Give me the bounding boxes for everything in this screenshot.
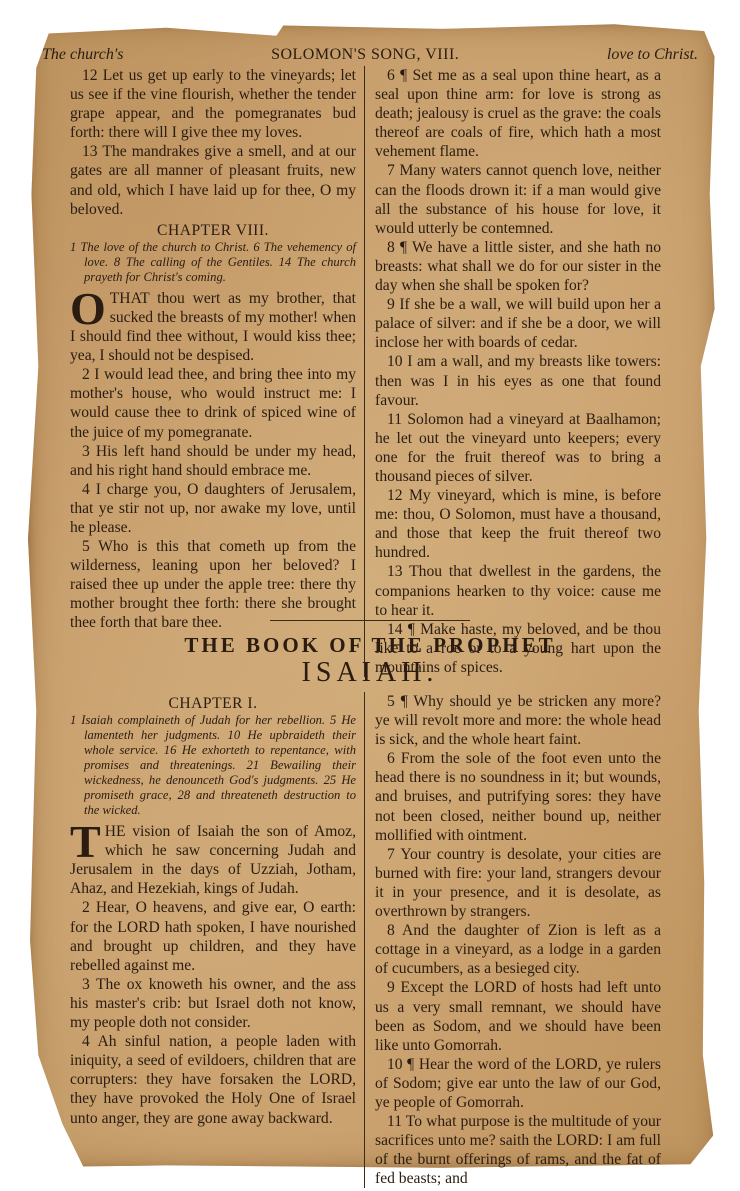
song-of-solomon-section: 12 Let us get up early to the vineyards;…	[70, 66, 668, 677]
verse: 10 ¶ Hear the word of the LORD, ye ruler…	[375, 1055, 661, 1112]
verse-text: THAT thou wert as my brother, that sucke…	[70, 290, 356, 364]
verse: 5 Who is this that cometh up from the wi…	[70, 537, 356, 632]
verse: 7 Many waters cannot quench love, neithe…	[375, 161, 661, 237]
chapter-heading: CHAPTER I.	[70, 694, 356, 713]
verse: 13 Thou that dwellest in the gardens, th…	[375, 562, 661, 619]
verse: 5 ¶ Why should ye be stricken any more? …	[375, 692, 661, 749]
verse: 4 Ah sinful nation, a people laden with …	[70, 1032, 356, 1127]
verse: 3 The ox knoweth his owner, and the ass …	[70, 975, 356, 1032]
verse: 6 From the sole of the foot even unto th…	[375, 749, 661, 844]
verse: 12 Let us get up early to the vineyards;…	[70, 66, 356, 142]
chapter-heading: CHAPTER VIII.	[70, 221, 356, 240]
song-right-column: 6 ¶ Set me as a seal upon thine heart, a…	[365, 66, 661, 677]
book-title: THE BOOK OF THE PROPHET	[0, 633, 740, 658]
verse-with-dropcap: THE vision of Isaiah the son of Amoz, wh…	[70, 822, 356, 898]
chapter-summary: 1 The love of the church to Christ. 6 Th…	[70, 240, 356, 285]
isaiah-section: CHAPTER I. 1 Isaiah complaineth of Judah…	[70, 692, 668, 1188]
verse: 2 I would lead thee, and bring thee into…	[70, 365, 356, 441]
verse: 9 Except the LORD of hosts had left unto…	[375, 978, 661, 1054]
dropcap: T	[70, 824, 101, 860]
verse: 6 ¶ Set me as a seal upon thine heart, a…	[375, 66, 661, 161]
song-left-column: 12 Let us get up early to the vineyards;…	[70, 66, 365, 677]
chapter-summary: 1 Isaiah complaineth of Judah for her re…	[70, 713, 356, 818]
running-head-right: love to Christ.	[607, 46, 698, 64]
verse-with-dropcap: OTHAT thou wert as my brother, that suck…	[70, 289, 356, 365]
verse: 10 I am a wall, and my breasts like towe…	[375, 352, 661, 409]
verse: 4 I charge you, O daughters of Jerusalem…	[70, 480, 356, 537]
dropcap: O	[70, 291, 106, 327]
verse: 8 And the daughter of Zion is left as a …	[375, 921, 661, 978]
verse: 7 Your country is desolate, your cities …	[375, 845, 661, 921]
verse: 3 His left hand should be under my head,…	[70, 442, 356, 480]
running-head-center: SOLOMON'S SONG, VIII.	[271, 46, 459, 64]
section-divider-rule	[270, 620, 470, 621]
verse: 2 Hear, O heavens, and give ear, O earth…	[70, 898, 356, 974]
verse: 13 The mandrakes give a smell, and at ou…	[70, 142, 356, 218]
isaiah-right-column: 5 ¶ Why should ye be stricken any more? …	[365, 692, 661, 1188]
running-head: The church's SOLOMON'S SONG, VIII. love …	[42, 46, 698, 64]
running-head-left: The church's	[42, 46, 123, 64]
verse: 9 If she be a wall, we will build upon h…	[375, 295, 661, 352]
book-name: ISAIAH.	[0, 657, 740, 689]
verse: 8 ¶ We have a little sister, and she hat…	[375, 238, 661, 295]
isaiah-left-column: CHAPTER I. 1 Isaiah complaineth of Judah…	[70, 692, 365, 1188]
verse-text: HE vision of Isaiah the son of Amoz, whi…	[70, 823, 356, 897]
verse: 11 Solomon had a vineyard at Baalhamon; …	[375, 410, 661, 486]
verse: 12 My vineyard, which is mine, is before…	[375, 486, 661, 562]
verse: 11 To what purpose is the multitude of y…	[375, 1112, 661, 1188]
